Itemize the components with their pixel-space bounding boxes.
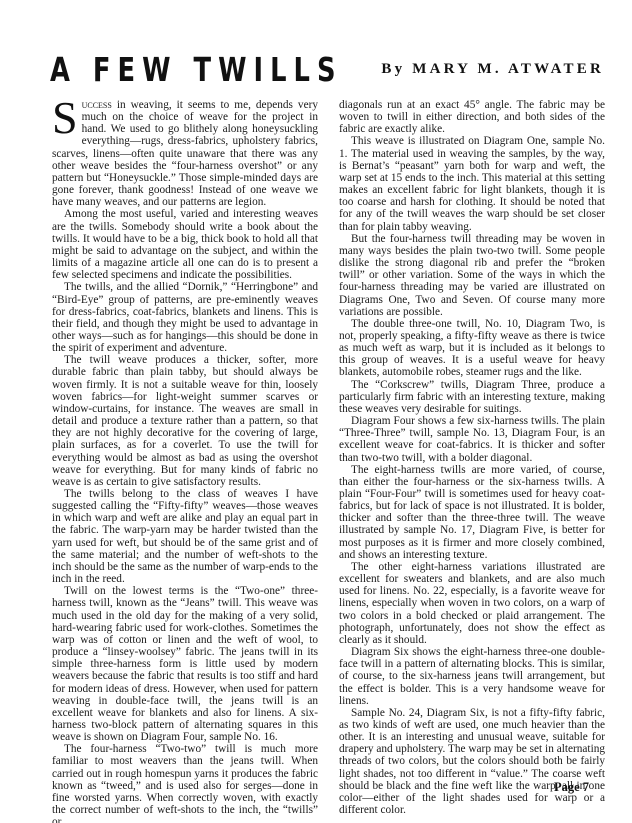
paragraph: Diagram Six shows the eight-harness thre… (339, 646, 605, 707)
left-column: Success in weaving, it seems to me, depe… (52, 99, 318, 823)
right-column: diagonals run at an exact 45° angle. The… (339, 99, 605, 816)
paragraph-text: in weaving, it seems to me, depends very… (52, 99, 318, 208)
paragraph: Among the most useful, varied and intere… (52, 208, 318, 281)
article-title: A FEW TWILLS (50, 50, 343, 90)
paragraph: The twills, and the allied “Dornik,” “He… (52, 281, 318, 354)
paragraph: The four-harness “Two-two” twill is much… (52, 743, 318, 823)
paragraph: The double three-one twill, No. 10, Diag… (339, 318, 605, 379)
paragraph: The “Corkscrew” twills, Diagram Three, p… (339, 379, 605, 415)
paragraph: But the four-harness twill threading may… (339, 233, 605, 318)
article-byline: By MARY M. ATWATER (381, 61, 604, 78)
paragraph: The eight-harness twills are more varied… (339, 464, 605, 561)
paragraph: The twills belong to the class of weaves… (52, 488, 318, 585)
paragraph: This weave is illustrated on Diagram One… (339, 135, 605, 232)
drop-cap: S (52, 100, 78, 136)
paragraph: Diagram Four shows a few six-harness twi… (339, 415, 605, 464)
paragraph: Twill on the lowest terms is the “Two-on… (52, 585, 318, 743)
paragraph: Sample No. 24, Diagram Six, is not a fif… (339, 707, 605, 816)
paragraph: The other eight-harness variations illus… (339, 561, 605, 646)
paragraph: The twill weave produces a thicker, soft… (52, 354, 318, 488)
paragraph: Success in weaving, it seems to me, depe… (52, 99, 318, 208)
page-number: Page 7 (554, 780, 589, 795)
paragraph: diagonals run at an exact 45° angle. The… (339, 99, 605, 135)
lead-in-smallcaps: uccess (82, 99, 112, 111)
